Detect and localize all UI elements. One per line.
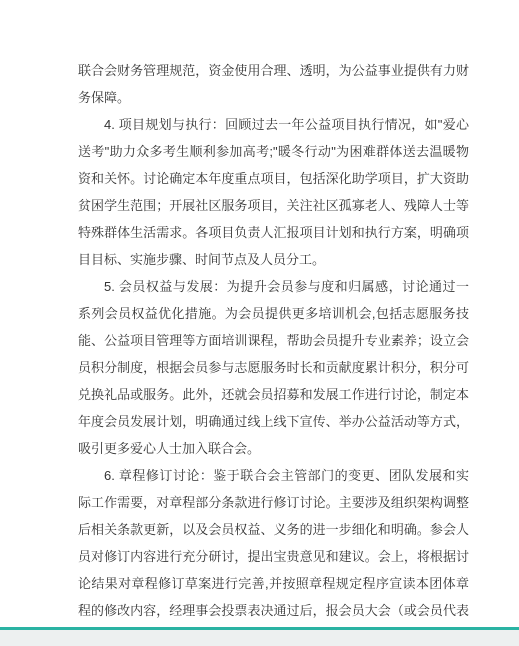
bottom-toolbar-strip bbox=[0, 630, 519, 646]
paragraph-item-5-member-rights: 5. 会员权益与发展：为提升会员参与度和归属感，讨论通过一系列会员权益优化措施。… bbox=[78, 273, 469, 462]
paragraph-item-6-charter-revision: 6. 章程修订讨论：鉴于联合会主管部门的变更、团队发展和实际工作需要，对章程部分… bbox=[78, 462, 469, 627]
paragraph-item-4-project-planning: 4. 项目规划与执行：回顾过去一年公益项目执行情况，如"爱心送考"助力众多考生顺… bbox=[78, 111, 469, 273]
document-body: 联合会财务管理规范，资金使用合理、透明，为公益事业提供有力财务保障。 4. 项目… bbox=[78, 57, 469, 627]
paragraph-finance-continuation: 联合会财务管理规范，资金使用合理、透明，为公益事业提供有力财务保障。 bbox=[78, 57, 469, 111]
document-page: 联合会财务管理规范，资金使用合理、透明，为公益事业提供有力财务保障。 4. 项目… bbox=[0, 0, 519, 646]
